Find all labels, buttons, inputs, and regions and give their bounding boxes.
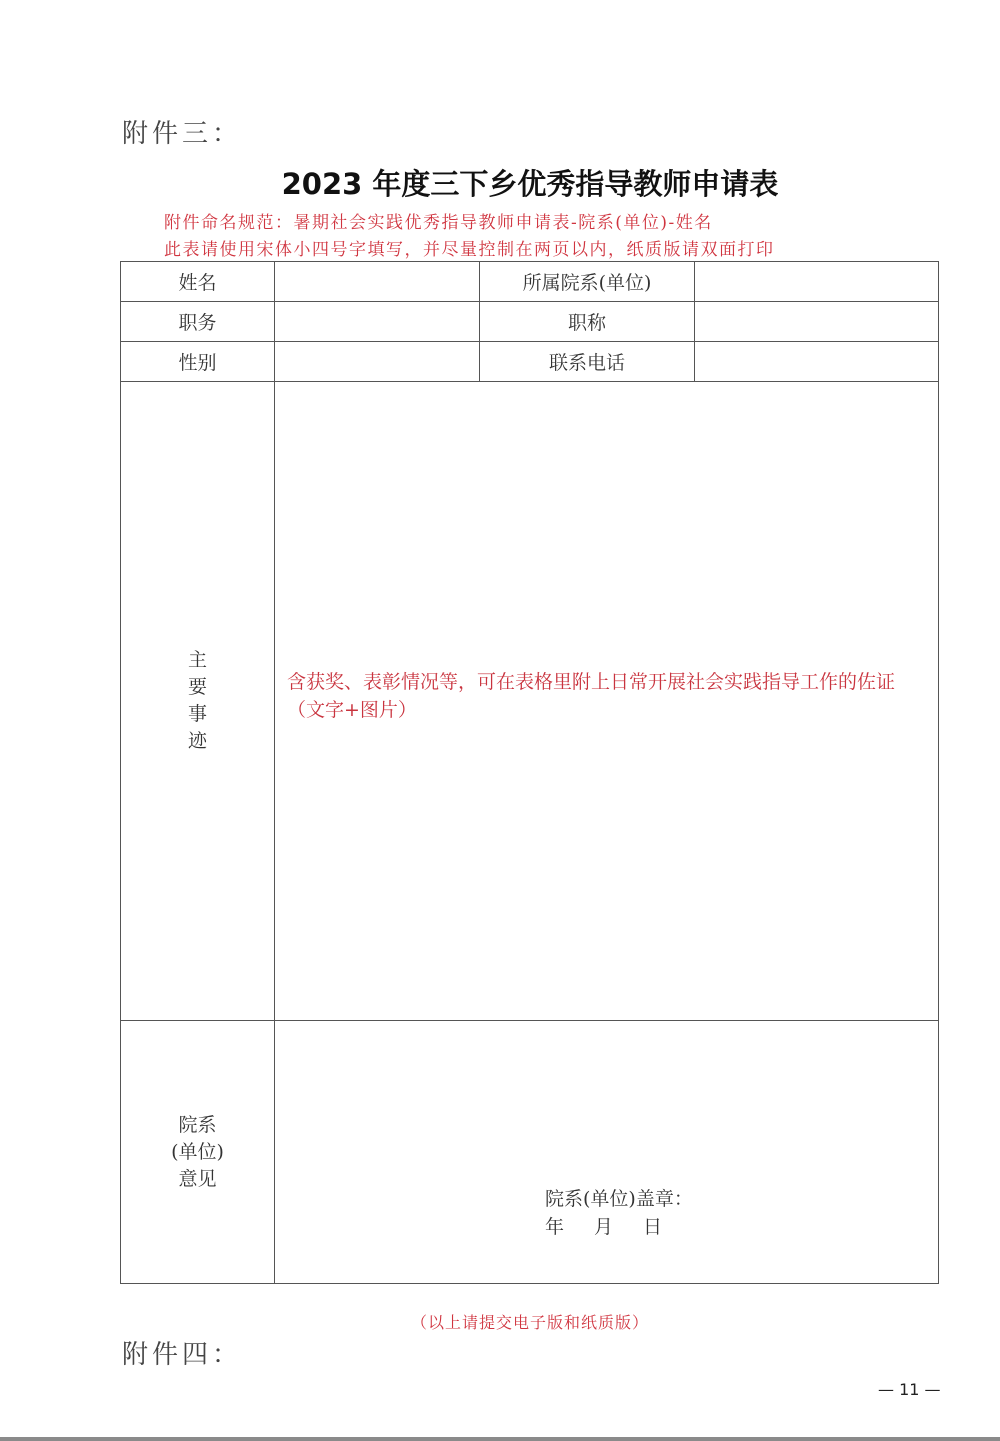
opinion-line: 意见 bbox=[121, 1166, 274, 1193]
deeds-char: 事 bbox=[121, 701, 274, 728]
application-form-table: 姓名 所属院系(单位) 职务 职称 性别 联系电话 主 要 事 迹 含获奖、表彰… bbox=[120, 261, 939, 1284]
form-row-gender: 性别 联系电话 bbox=[121, 342, 939, 382]
date-line: 年月日 bbox=[545, 1213, 693, 1241]
label-phone: 联系电话 bbox=[480, 342, 695, 382]
label-main-deeds: 主 要 事 迹 bbox=[121, 382, 275, 1021]
deeds-char: 迹 bbox=[121, 728, 274, 755]
field-main-deeds[interactable]: 含获奖、表彰情况等，可在表格里附上日常开展社会实践指导工作的佐证（文字+图片） bbox=[275, 382, 939, 1021]
opinion-line: (单位) bbox=[121, 1139, 274, 1166]
opinion-line: 院系 bbox=[121, 1112, 274, 1139]
form-row-opinion: 院系 (单位) 意见 院系(单位)盖章： 年月日 bbox=[121, 1021, 939, 1284]
label-department-opinion: 院系 (单位) 意见 bbox=[121, 1021, 275, 1284]
field-title[interactable] bbox=[695, 302, 939, 342]
naming-rule-note: 附件命名规范：暑期社会实践优秀指导教师申请表-院系(单位)-姓名 bbox=[164, 208, 713, 233]
label-gender: 性别 bbox=[121, 342, 275, 382]
form-row-deeds: 主 要 事 迹 含获奖、表彰情况等，可在表格里附上日常开展社会实践指导工作的佐证… bbox=[121, 382, 939, 1021]
label-name: 姓名 bbox=[121, 262, 275, 302]
form-title: 2023 年度三下乡优秀指导教师申请表 bbox=[0, 162, 1000, 203]
label-department: 所属院系(单位) bbox=[480, 262, 695, 302]
submission-footnote: （以上请提交电子版和纸质版） bbox=[0, 1310, 1000, 1333]
field-position[interactable] bbox=[275, 302, 480, 342]
date-month: 月 bbox=[594, 1213, 613, 1241]
stamp-block: 院系(单位)盖章： 年月日 bbox=[545, 1185, 693, 1241]
attachment-three-heading: 附件三： bbox=[122, 113, 242, 150]
form-row-name: 姓名 所属院系(单位) bbox=[121, 262, 939, 302]
stamp-label: 院系(单位)盖章： bbox=[545, 1185, 693, 1213]
attachment-four-heading: 附件四： bbox=[122, 1334, 242, 1371]
field-name[interactable] bbox=[275, 262, 480, 302]
page-bottom-edge bbox=[0, 1437, 1000, 1441]
date-year: 年 bbox=[545, 1213, 564, 1241]
format-rule-note: 此表请使用宋体小四号字填写，并尽量控制在两页以内，纸质版请双面打印 bbox=[164, 235, 775, 260]
form-row-position: 职务 职称 bbox=[121, 302, 939, 342]
field-department[interactable] bbox=[695, 262, 939, 302]
field-gender[interactable] bbox=[275, 342, 480, 382]
deeds-hint: 含获奖、表彰情况等，可在表格里附上日常开展社会实践指导工作的佐证（文字+图片） bbox=[287, 668, 924, 724]
date-day: 日 bbox=[643, 1213, 662, 1241]
deeds-char: 主 bbox=[121, 647, 274, 674]
label-position: 职务 bbox=[121, 302, 275, 342]
deeds-char: 要 bbox=[121, 674, 274, 701]
field-phone[interactable] bbox=[695, 342, 939, 382]
page-number: — 11 — bbox=[878, 1380, 941, 1399]
field-department-opinion[interactable]: 院系(单位)盖章： 年月日 bbox=[275, 1021, 939, 1284]
label-title: 职称 bbox=[480, 302, 695, 342]
